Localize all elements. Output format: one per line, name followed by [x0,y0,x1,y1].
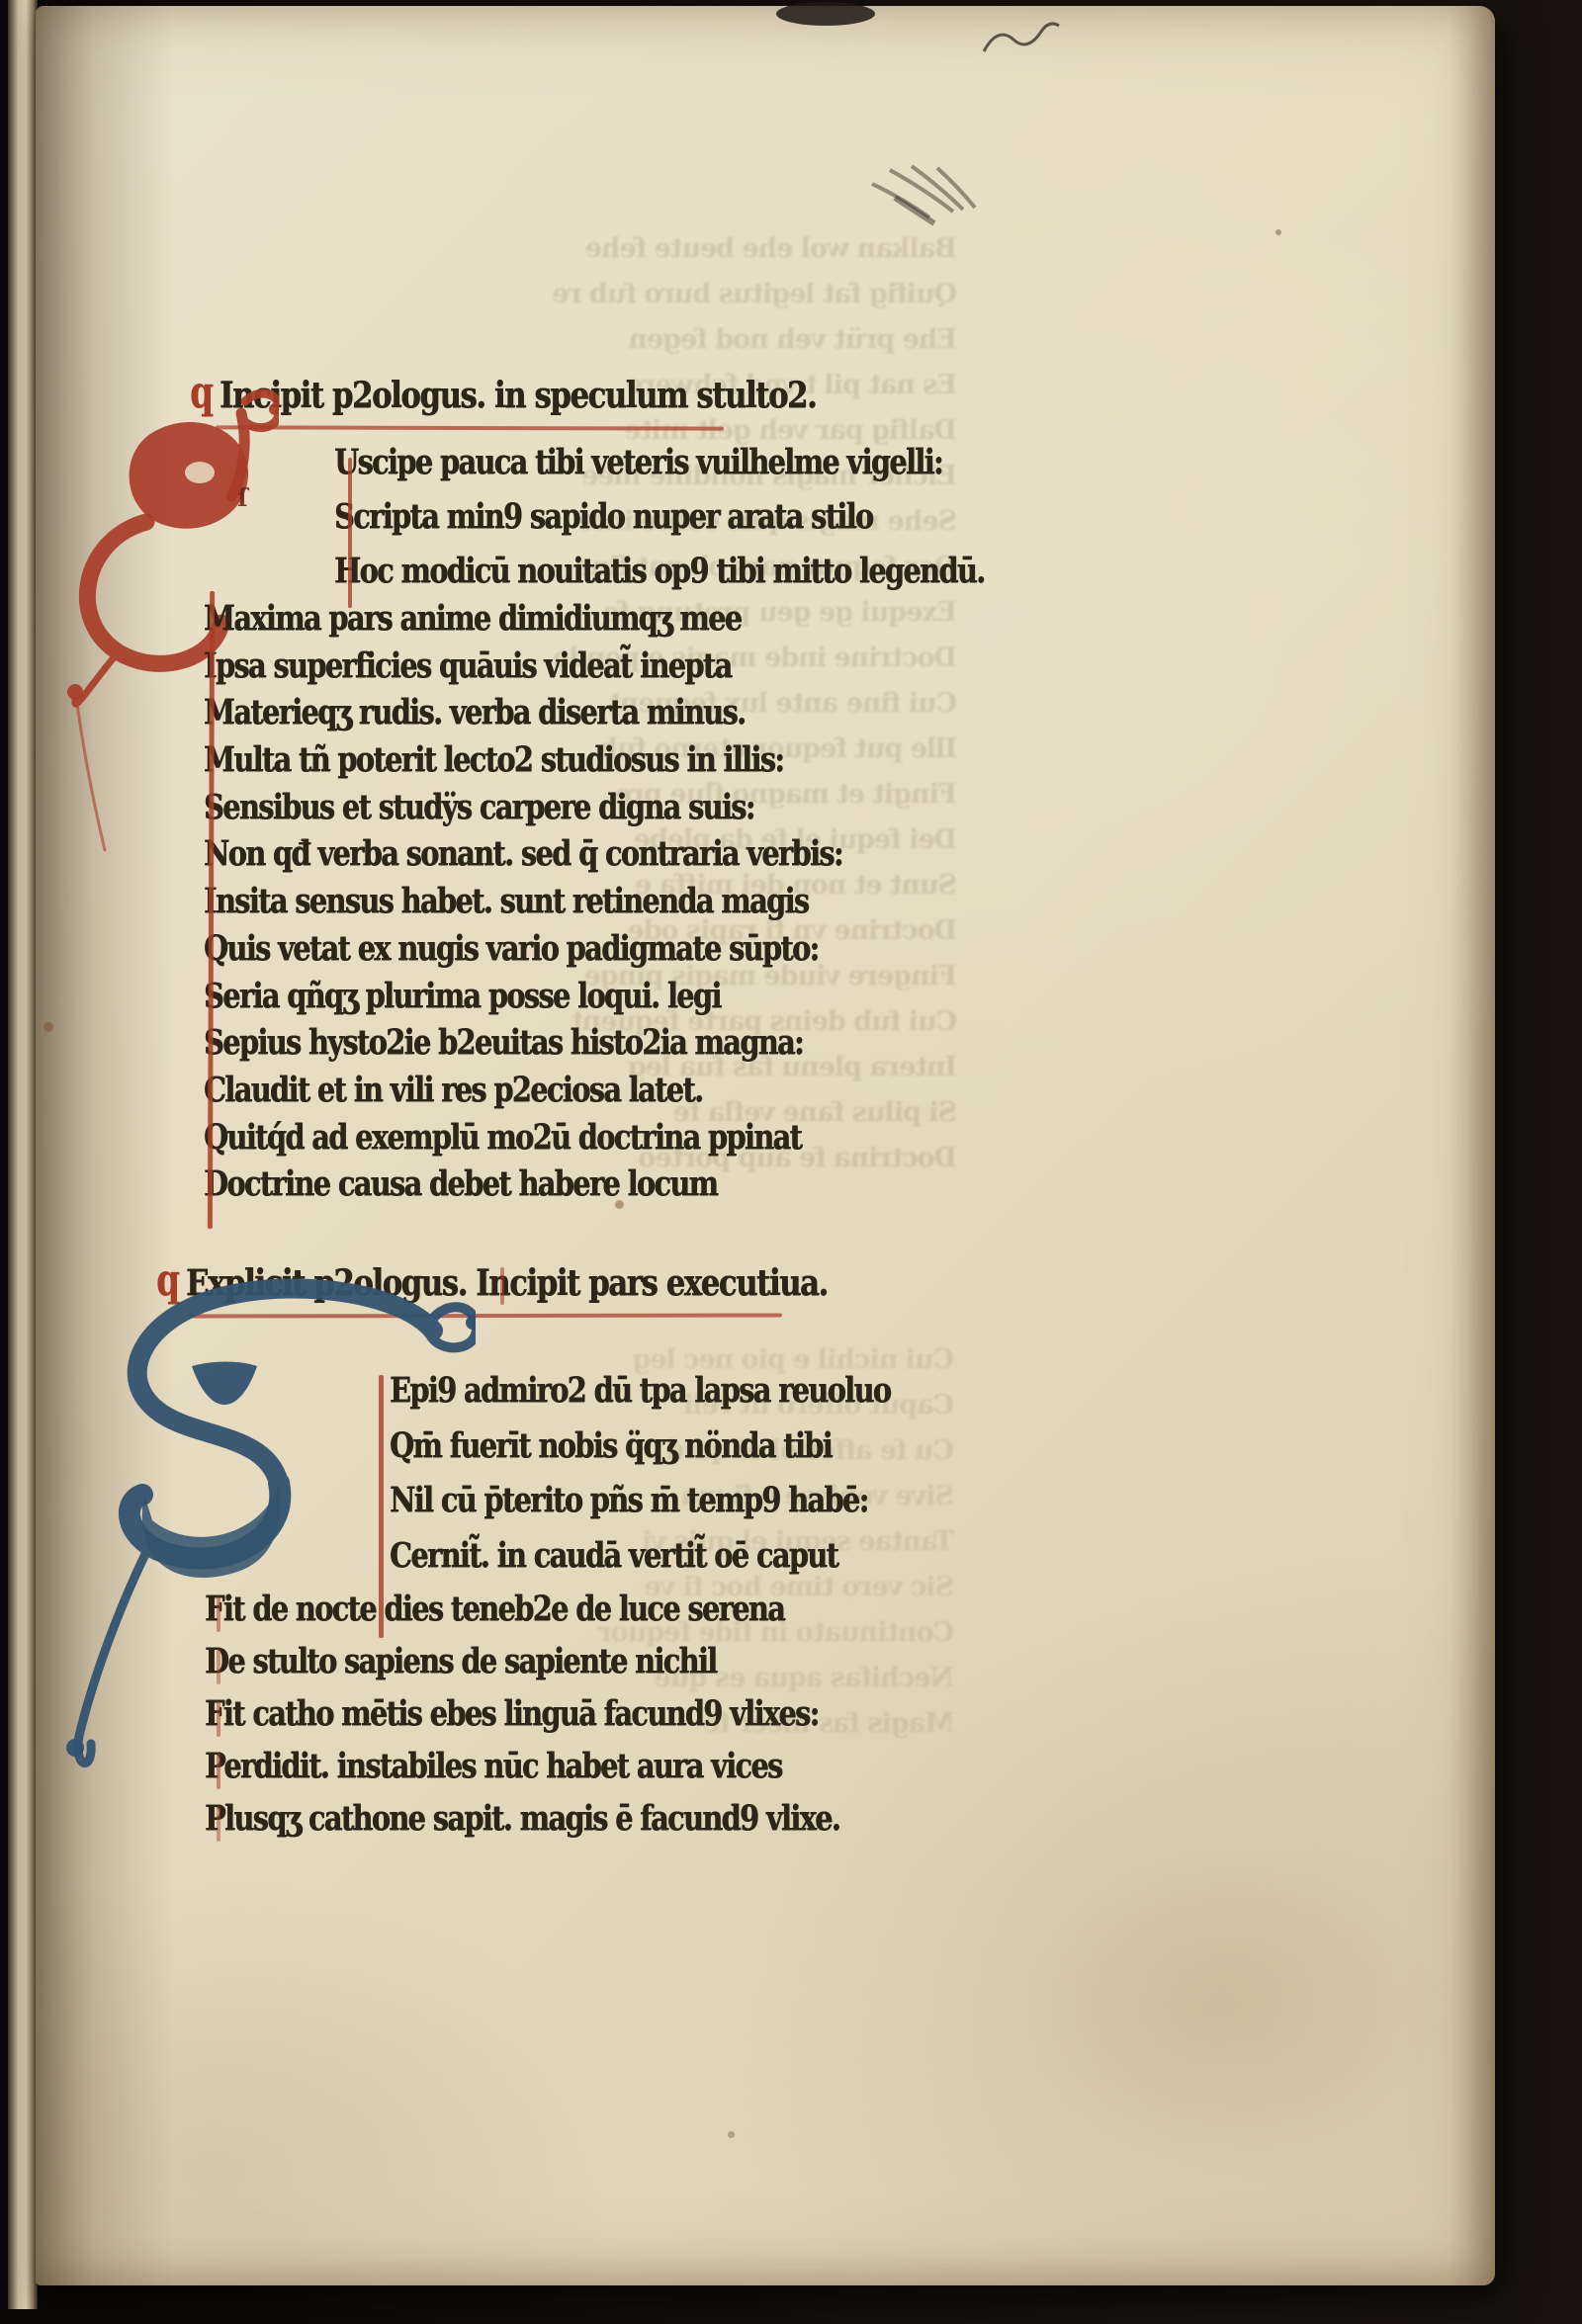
text-line: Non qđ verba sonant. sed q̄ contraria ve… [204,838,848,886]
text-line: Fit catho mētis ebes linguā facund9 vlix… [205,1698,846,1751]
rubric-stroke [217,1596,220,1632]
red-underline [216,425,724,430]
text-line: Plusqʒ cathone sapit. magis ē facund9 vl… [205,1803,846,1855]
text-line: Seria qñqʒ plurima posse loqui. legi [204,981,848,1028]
text-line: Claudit et in vili res p2eciosa latet. [204,1075,848,1122]
executiva-verses: Fit de nocte dies teneb2e de luce serena… [205,1593,846,1855]
gutter-shadow [36,6,174,2285]
executiva-indented-verses: Epi9 admiro2 dū tpa lapsa reuoluoQm̄ fue… [390,1375,895,1594]
text-line: Materieqʒ rudis. verba diserta minus. [204,697,848,744]
text-line: Cernit̃. in caudā vertit̃ oē caput [390,1540,895,1595]
heading-text: Incipit p2ologus. in speculum stulto2. [220,375,816,416]
rubric-stroke [348,458,352,608]
text-line: Sensibus et studÿs carpere digna suis: [204,792,848,839]
photo-backdrop: Balkan wol ehe beute feheQuifig fat legi… [0,0,1582,2324]
printed-guide-letter: ſ [237,483,248,512]
bleed-through-line: Ehe prüt veh nod fegen [542,324,957,370]
text-line: Qm̄ fuerīt nobis q̈qʒ nönda tibi [390,1430,895,1486]
rubric-stroke [500,1267,504,1305]
text-line: Scripta min9 sapido nuper arata stilo [334,501,991,556]
stacked-page-edges [8,0,38,2309]
text-line: Perdidit. instabiles nūc habet aura vice… [205,1751,846,1803]
bleed-through-line: Balkan wol ehe beute fehe [542,233,957,279]
text-line: Nil cū p̄terito pñs m̄ temp9 habē: [390,1485,895,1540]
stain-spot [615,1200,624,1209]
text-line: De stulto sapiens de sapiente nichil [205,1646,846,1698]
bleed-through-line: Quifig fat legitus buro fub re [542,279,957,324]
text-line: Fit de nocte dies teneb2e de luce serena [205,1593,846,1646]
stain-spot [728,2131,735,2138]
stain-spot [985,1845,1440,2171]
rubric-stroke [217,1649,220,1684]
text-line: Insita sensus habet. sunt retinenda magi… [204,886,848,933]
text-line: Doctrine causa debet habere locum [204,1168,848,1216]
text-line: Maxima pars anime dimidiumqʒ mee [204,603,848,650]
rubric-stroke [217,1701,220,1737]
heading-incipit-prologus: qIncipit p2ologus. in speculum stulto2. [190,375,823,416]
fore-edge-shadow [1450,6,1495,2285]
text-line: Epi9 admiro2 dū tpa lapsa reuoluo [390,1375,895,1430]
text-line: Sepius hysto2ie b2euitas histo2ia magna: [204,1027,848,1075]
text-line: Quitq́d ad exemplū mo2ū doctrina ppinat [204,1122,848,1169]
prologue-verses: Maxima pars anime dimidiumqʒ meeIpsa sup… [204,603,848,1216]
rubric-stroke [217,1806,220,1842]
stain-spot [44,1022,53,1032]
text-line: Multa tñ poterit lecto2 studiosus in ill… [204,744,848,792]
text-line: Quis vetat ex nugis vario padigmate sūpt… [204,933,848,981]
rubric-stroke [217,1754,220,1789]
text-line: Ipsa superficies quāuis videat̃ inepta [204,650,848,698]
prologue-indented-verses: Uscipe pauca tibi veteris vuilhelme vige… [334,447,991,610]
book-page: Balkan wol ehe beute feheQuifig fat legi… [36,6,1495,2285]
text-line: Uscipe pauca tibi veteris vuilhelme vige… [334,447,991,501]
stain-spot [1275,229,1281,235]
